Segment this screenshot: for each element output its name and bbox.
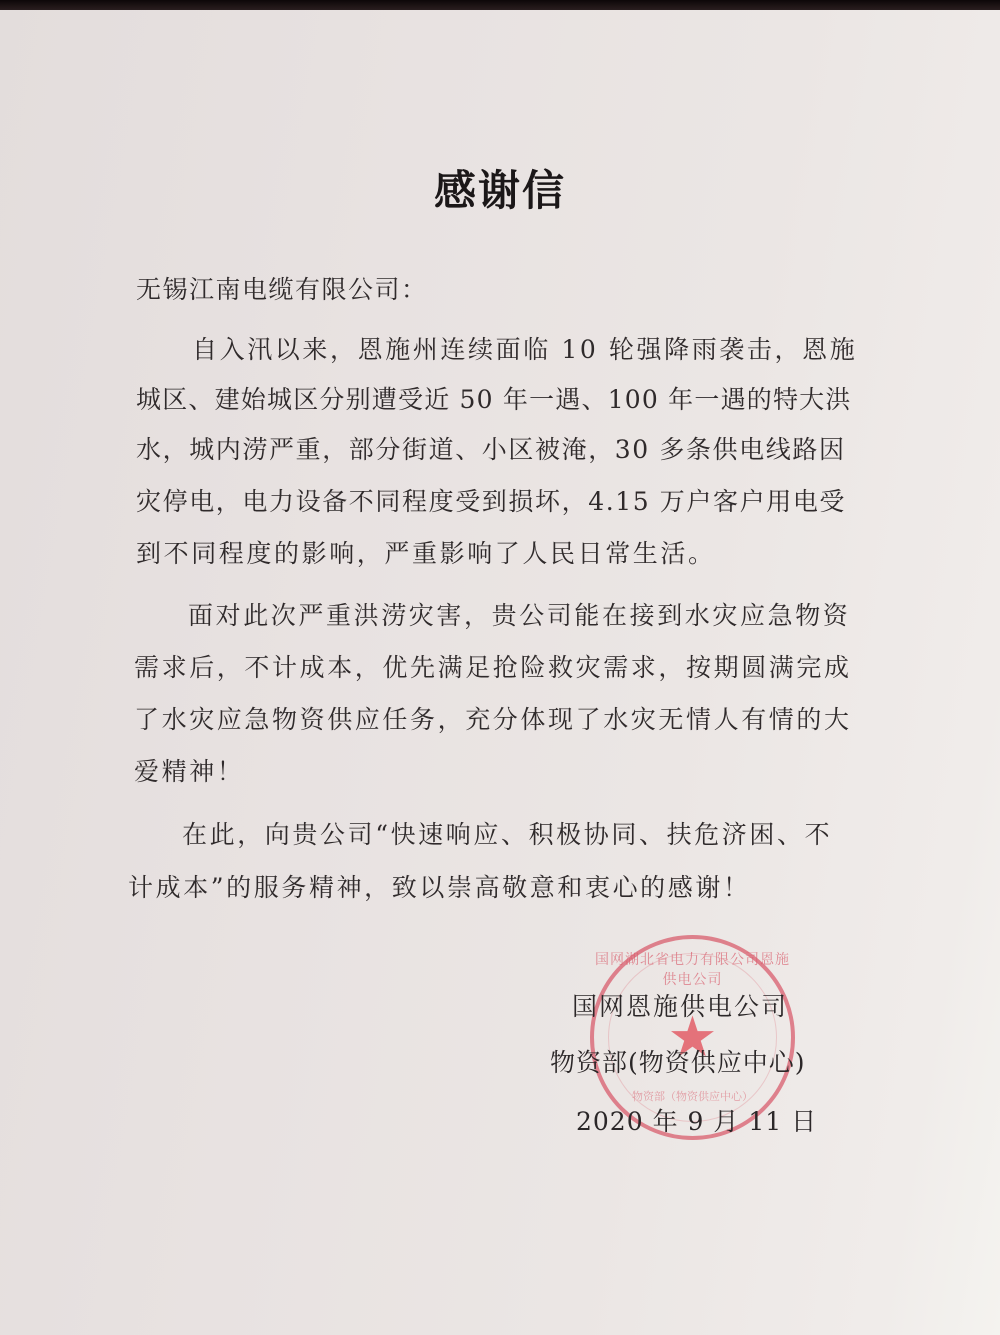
paragraph-3-line-1: 在此，向贵公司“快速响应、积极协同、扶危济困、不 xyxy=(182,815,832,851)
signature-department: 物资部(物资供应中心) xyxy=(550,1043,806,1079)
seal-ring-text: 国网湖北省电力有限公司恩施供电公司 xyxy=(594,949,791,989)
paragraph-2-line-3: 了水灾应急物资供应任务，充分体现了水灾无情人有情的大 xyxy=(134,700,852,736)
paragraph-1-line-3: 水，城内涝严重，部分街道、小区被淹，30 多条供电线路因 xyxy=(136,430,846,466)
signature-date: 2020 年 9 月 11 日 xyxy=(576,1102,817,1138)
paragraph-3-line-2: 计成本”的服务精神，致以崇高敬意和衷心的感谢！ xyxy=(128,868,751,904)
paragraph-1-line-1: 自入汛以来，恩施州连续面临 10 轮强降雨袭击，恩施 xyxy=(192,330,857,366)
letter-title: 感谢信 xyxy=(0,158,1000,218)
paragraph-2-line-4: 爱精神！ xyxy=(134,752,244,788)
signature-organization: 国网恩施供电公司 xyxy=(572,987,788,1023)
paragraph-1-line-4: 灾停电，电力设备不同程度受到损坏，4.15 万户客户用电受 xyxy=(136,482,846,518)
paragraph-2-line-1: 面对此次严重洪涝灾害，贵公司能在接到水灾应急物资 xyxy=(188,596,850,632)
salutation: 无锡江南电缆有限公司： xyxy=(136,270,428,306)
photo-top-edge xyxy=(0,0,1000,10)
paragraph-1-line-5: 到不同程度的影响，严重影响了人民日常生活。 xyxy=(136,534,716,570)
paragraph-2-line-2: 需求后，不计成本，优先满足抢险救灾需求，按期圆满完成 xyxy=(134,648,852,684)
paragraph-1-line-2: 城区、建始城区分别遭受近 50 年一遇、100 年一遇的特大洪 xyxy=(136,380,852,416)
